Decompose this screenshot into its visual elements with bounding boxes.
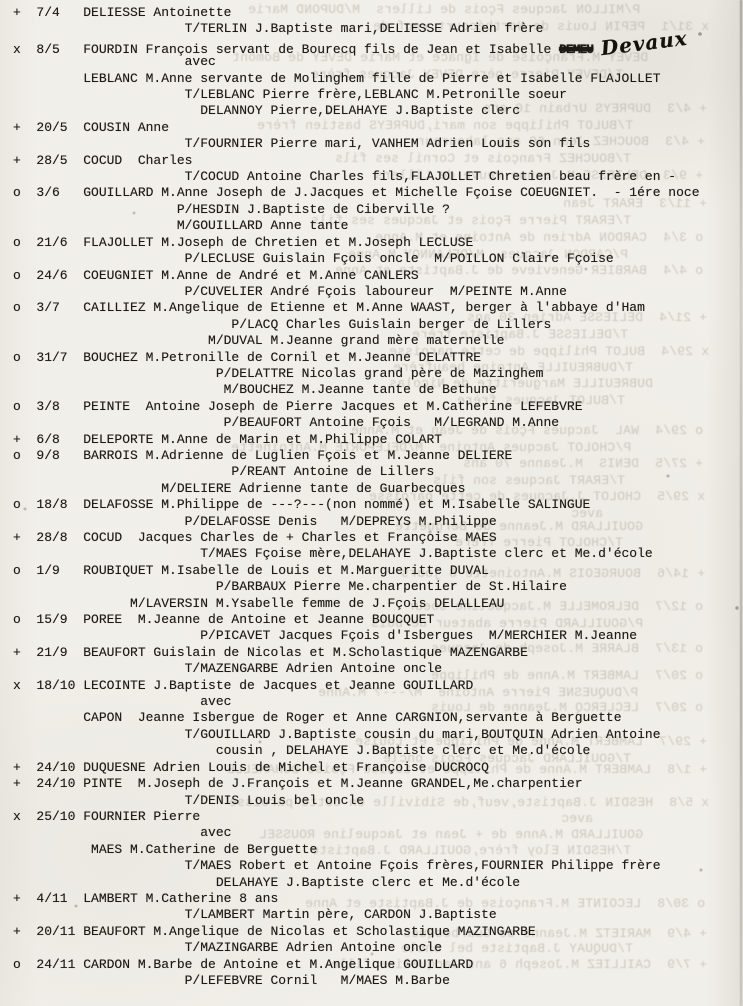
text-line: P/LACQ Charles Guislain berger de Liller…	[13, 317, 700, 333]
text-line: + 24/10 DUQUESNE Adrien Louis de Michel …	[13, 760, 700, 776]
text-line: o 3/7 CAILLIEZ M.Angelique de Etienne et…	[13, 300, 700, 316]
text-line: LEBLANC M.Anne servante de Molinghem fil…	[13, 71, 700, 87]
typewritten-text: + 7/4 DELIESSE Antoinette T/TERLIN J.Bap…	[13, 5, 700, 989]
text-line: P/LECLUSE Guislain Fçois oncle M/POILLON…	[13, 251, 700, 267]
text-line: T/MAZENGARBE Adrien Antoine oncle	[13, 661, 700, 677]
text-line: avec	[13, 825, 700, 841]
text-line: o 24/11 CARDON M.Barbe de Antoine et M.A…	[13, 957, 700, 973]
text-line: T/FOURNIER Pierre mari, VANHEM Adrien Lo…	[13, 136, 700, 152]
text-line: + 4/11 LAMBERT M.Catherine 8 ans	[13, 891, 700, 907]
text-line: o 18/8 DELAFOSSE M.Philippe de ---?---(n…	[13, 497, 700, 513]
text-line: cousin , DELAHAYE J.Baptiste clerc et Me…	[13, 743, 700, 759]
text-line: o 24/6 COEUGNIET M.Anne de André et M.An…	[13, 268, 700, 284]
text-line: avec	[13, 694, 700, 710]
text-line: MAES M.Catherine de Berguette	[13, 842, 700, 858]
text-line: + 21/9 BEAUFORT Guislain de Nicolas et M…	[13, 645, 700, 661]
text-line: o 3/6 GOUILLARD M.Anne Joseph de J.Jacqu…	[13, 185, 700, 201]
text-line: T/MAZINGARBE Adrien Antoine oncle	[13, 940, 700, 956]
text-line: M/BOUCHEZ M.Jeanne tante de Bethune	[13, 382, 700, 398]
text-line: T/DENIS Louis bel oncle	[13, 793, 700, 809]
text-line: CAPON Jeanne Isbergue de Roger et Anne C…	[13, 710, 700, 726]
text-line: + 24/10 PINTE M.Joseph de J.François et …	[13, 776, 700, 792]
text-line: P/DELAFOSSE Denis M/DEPREYS M.Philippe	[13, 514, 700, 530]
text-line: T/MAES Robert et Antoine Fçois frères,FO…	[13, 858, 700, 874]
text-line: + 7/4 DELIESSE Antoinette	[13, 5, 700, 21]
text-line: P/CUVELIER André Fçois laboureur M/PEINT…	[13, 284, 700, 300]
text-line: + 28/8 COCUD Jacques Charles de + Charle…	[13, 530, 700, 546]
text-line: P/DELATTRE Nicolas grand père de Mazingh…	[13, 366, 700, 382]
text-line: DELAHAYE J.Baptiste clerc et Me.d'école	[13, 875, 700, 891]
text-line: + 20/5 COUSIN Anne	[13, 120, 700, 136]
text-line: + 28/5 COCUD Charles	[13, 153, 700, 169]
struck-word: DEMEU	[559, 42, 593, 57]
text-line: T/MAES Fçoise mère,DELAHAYE J.Baptiste c…	[13, 546, 700, 562]
text-line: o 31/7 BOUCHEZ M.Petronille de Cornil et…	[13, 350, 700, 366]
text-line: T/GOUILLARD J.Baptiste cousin du mari,BO…	[13, 727, 700, 743]
text-line: P/LEFEBVRE Cornil M/MAES M.Barbe	[13, 973, 700, 989]
text-line: o 1/9 ROUBIQUET M.Isabelle de Louis et M…	[13, 563, 700, 579]
text-line: DELANNOY Pierre,DELAHAYE J.Baptiste cler…	[13, 103, 700, 119]
text-line: o 15/9 POREE M.Jeanne de Antoine et Jean…	[13, 612, 700, 628]
text-line: + 6/8 DELEPORTE M.Anne de Marin et M.Phi…	[13, 432, 700, 448]
text-line: P/PICAVET Jacques Fçois d'Isbergues M/ME…	[13, 628, 700, 644]
text-line: M/DELIERE Adrienne tante de Guarbecques	[13, 481, 700, 497]
text-line: P/BEAUFORT Antoine Fçois M/LEGRAND M.Ann…	[13, 415, 700, 431]
text-line: T/COCUD Antoine Charles fils,FLAJOLLET C…	[13, 169, 700, 185]
text-line: x 18/10 LECOINTE J.Baptiste de Jacques e…	[13, 678, 700, 694]
text-line: M/DUVAL M.Jeanne grand mère maternelle	[13, 333, 700, 349]
text-line: x 25/10 FOURNIER Pierre	[13, 809, 700, 825]
text-line: o 9/8 BARROIS M.Adrienne de Luglien Fçoi…	[13, 448, 700, 464]
text-line: o 3/8 PEINTE Antoine Joseph de Pierre Ja…	[13, 399, 700, 415]
paper-specks	[0, 0, 2, 2]
text-line: + 20/11 BEAUFORT M.Angelique de Nicolas …	[13, 924, 700, 940]
text-line: P/REANT Antoine de Lillers	[13, 464, 700, 480]
text-line: P/HESDIN J.Baptiste de Ciberville ?	[13, 202, 700, 218]
text-line: o 21/6 FLAJOLLET M.Joseph de Chretien et…	[13, 235, 700, 251]
page-edge-shadow	[740, 0, 742, 1006]
text-line: x 8/5 FOURDIN François servant de Bourec…	[13, 38, 700, 54]
document-page: P/MILLON Jacques Fçois de Lillers M/DUPO…	[0, 0, 743, 1006]
text-line: M/LAVERSIN M.Ysabelle femme de J.Fçois D…	[13, 596, 700, 612]
text-line: P/BARBAUX Pierre Me.charpentier de St.Hi…	[13, 579, 700, 595]
text-line: T/TERLIN J.Baptiste mari,DELIESSE Adrien…	[13, 21, 700, 37]
text-line: M/GOUILLARD Anne tante	[13, 218, 700, 234]
text-line: T/LAMBERT Martin père, CARDON J.Baptiste	[13, 907, 700, 923]
handwritten-correction: Devaux	[600, 30, 688, 57]
text-line: T/LEBLANC Pierre frère,LEBLANC M.Petroni…	[13, 87, 700, 103]
